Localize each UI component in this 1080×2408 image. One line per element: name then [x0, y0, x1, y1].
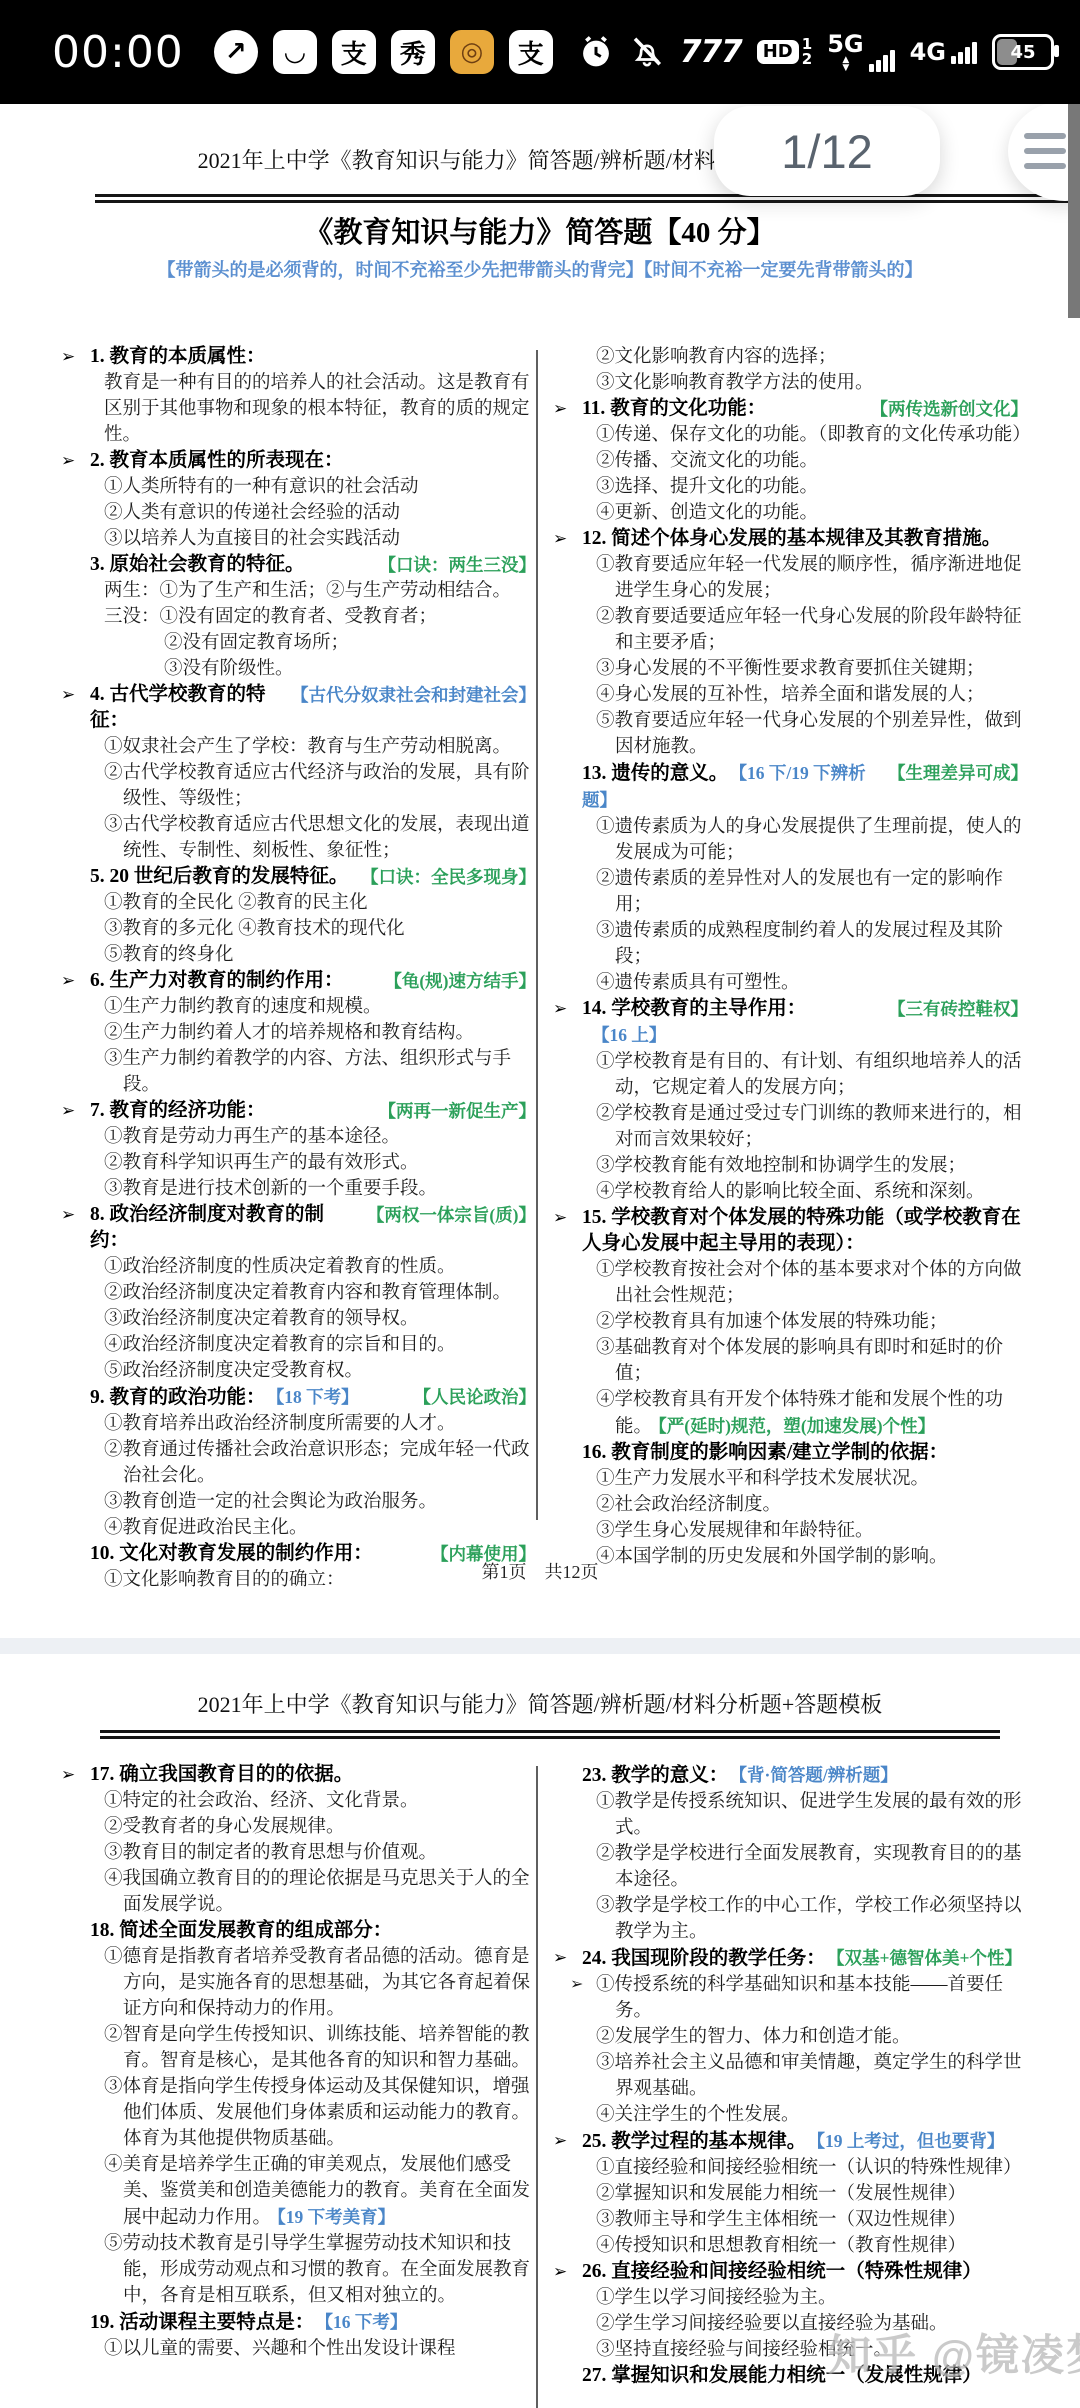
mnemonic-tag: 【两再一新促生产】: [379, 1098, 537, 1124]
item-number: 8.: [90, 1204, 110, 1225]
item-line: ②学校教育是通过受过专门训练的教师来进行的，相对而言效果较好；: [596, 1101, 1028, 1153]
item-line: ①学校教育是有目的、有计划、有组织地培养人的活动，它规定着人的发展方向；: [596, 1049, 1028, 1101]
item-heading: ➢2. 教育本质属性的所表现在：: [60, 448, 536, 474]
page-title: 《教育知识与能力》简答题【40 分】: [0, 210, 1080, 251]
item-number: 23.: [582, 1765, 611, 1786]
hamburger-icon: [1024, 133, 1066, 139]
item-line: ②社会政治经济制度。: [596, 1492, 1028, 1518]
arrow-icon: ➢: [61, 1098, 75, 1124]
item-line: ②智育是向学生传授知识、训练技能、培养智能的教育。智育是核心，是其他各育的知识和…: [104, 2022, 536, 2074]
mnemonic-tag: 【生理差异可成】: [888, 760, 1028, 786]
item-title: 生产力对教育的制约作用：: [110, 970, 344, 991]
screen: 00:00 ↗◡支秀◎支 777 HD 12 5G: [0, 0, 1080, 2408]
item-number: 5.: [90, 866, 110, 887]
arrow-icon: ➢: [553, 996, 567, 1022]
item-line: ③政治经济制度决定着教育的领导权。: [104, 1306, 536, 1332]
document-page-1: 2021年上中学《教育知识与能力》简答题/辨析题/材料分析题+答题模板 《教育知…: [0, 104, 1080, 1638]
item-line: ③教师主导和学生主体相统一（双边性规律）: [596, 2207, 1028, 2233]
status-indicators: 777 HD 12 5G ▲▼ 4G 45: [578, 32, 1080, 72]
alipay-app-icon: 支: [332, 30, 376, 74]
list-item: 【生理差异可成】13. 遗传的意义。【16 下/19 下辨析题】①遗传素质为人的…: [552, 760, 1028, 996]
item-line: ③遗传素质的成熟程度制约着人的发展过程及其阶段；: [596, 918, 1028, 970]
item-line: ③教育是进行技术创新的一个重要手段。: [104, 1176, 536, 1202]
item-number: 24.: [582, 1948, 611, 1969]
item-line: ①教育的全民化 ②教育的民主化: [104, 890, 536, 916]
item-line: ①德育是指教育者培养受教育者品德的活动。德育是方向，是实施各育的思想基础，为其它…: [104, 1944, 536, 2022]
item-title: 原始社会教育的特征。: [110, 554, 305, 575]
item-line: ③选择、提升文化的功能。: [596, 474, 1028, 500]
mnemonic-tag: 【两权一体宗旨(质)】: [367, 1202, 536, 1228]
arrow-icon: ➢: [553, 2259, 567, 2285]
arrow-icon: ➢: [553, 2128, 567, 2154]
item-line: ③教育目的制定者的教育思想与价值观。: [104, 1840, 536, 1866]
item-line: ②传播、交流文化的功能。: [596, 448, 1028, 474]
list-item: 16. 教育制度的影响因素/建立学制的依据：①生产力发展水平和科学技术发展状况。…: [552, 1440, 1028, 1570]
column-divider: [536, 350, 538, 1520]
item-number: 2.: [90, 450, 110, 471]
item-line: ④政治经济制度决定着教育的宗旨和目的。: [104, 1332, 536, 1358]
item-line: ④我国确立教育目的的理论依据是马克思关于人的全面发展学说。: [104, 1866, 536, 1918]
vpn-badge: 777: [680, 34, 742, 70]
item-title: 简述全面发展教育的组成部分：: [119, 1920, 392, 1941]
item-line: ①人类所特有的一种有意识的社会活动: [104, 474, 536, 500]
mute-bell-icon: [629, 34, 665, 70]
item-line: ①政治经济制度的性质决定着教育的性质。: [104, 1254, 536, 1280]
column-divider: [536, 1766, 538, 2408]
item-heading: 【口诀：全民多现身】5. 20 世纪后教育的发展特征。: [60, 864, 536, 890]
item-line: ③教育的多元化 ④教育技术的现代化: [104, 916, 536, 942]
item-heading: ➢25. 教学过程的基本规律。【19 上考过，但也要背】: [552, 2128, 1028, 2155]
item-heading: 19. 活动课程主要特点是：【16 下考】: [60, 2309, 536, 2336]
item-number: 19.: [90, 2312, 119, 2333]
item-heading: 16. 教育制度的影响因素/建立学制的依据：: [552, 1440, 1028, 1466]
arrow-icon: ➢: [553, 396, 567, 422]
item-number: 6.: [90, 970, 110, 991]
list-item: 【口诀：全民多现身】5. 20 世纪后教育的发展特征。①教育的全民化 ②教育的民…: [60, 864, 536, 968]
item-line: ②教育科学知识再生产的最有效形式。: [104, 1150, 536, 1176]
item-number: 15.: [582, 1207, 611, 1228]
item-line: ➢①传授系统的科学基础知识和基本技能——首要任务。: [596, 1972, 1028, 2024]
item-title: 20 世纪后教育的发展特征。: [110, 866, 349, 887]
sim-slots: 12: [802, 37, 812, 67]
item-line: ⑤劳动技术教育是引导学生掌握劳动技术知识和技能，形成劳动观点和习惯的教育。在全面…: [104, 2231, 536, 2309]
item-line: ③学生身心发展规律和年龄特征。: [596, 1518, 1028, 1544]
item-line: ①教育是劳动力再生产的基本途径。: [104, 1124, 536, 1150]
list-item: ➢【两权一体宗旨(质)】8. 政治经济制度对教育的制约：①政治经济制度的性质决定…: [60, 1202, 536, 1384]
item-line: ④学校教育给人的影响比较全面、系统和深刻。: [596, 1179, 1028, 1205]
item-title: 教学过程的基本规律。: [611, 2131, 806, 2152]
list-item: ➢15. 学校教育对个体发展的特殊功能（或学校教育在人身心发展中起主导用的表现）…: [552, 1205, 1028, 1440]
item-line: ①生产力制约教育的速度和规模。: [104, 994, 536, 1020]
item-title: 直接经验和间接经验相统一（特殊性规律）: [611, 2261, 982, 2282]
arrow-icon: ➢: [570, 1972, 583, 1998]
item-line: ②生产力制约着人才的培养规格和教育结构。: [104, 1020, 536, 1046]
mnemonic-tag: 【16 上】: [592, 1025, 666, 1045]
mnemonic-tag: 【龟(规)速方结手】: [384, 968, 536, 994]
item-line: ②遗传素质的差异性对人的发展也有一定的影响作用；: [596, 866, 1028, 918]
item-title: 学校教育对个体发展的特殊功能（或学校教育在人身心发展中起主导用的表现）：: [582, 1207, 1021, 1254]
mnemonic-tag: 【背·简答题/辨析题】: [738, 1765, 897, 1785]
alipay-mini-app-icon: 支: [509, 30, 553, 74]
list-item: 19. 活动课程主要特点是：【16 下考】①以儿童的需要、兴趣和个性出发设计课程: [60, 2309, 536, 2362]
item-line: 两生：①为了生产和生活；②与生产劳动相结合。: [104, 578, 536, 604]
xiuxiu-app-icon: 秀: [391, 30, 435, 74]
document-page-2: 2021年上中学《教育知识与能力》简答题/辨析题/材料分析题+答题模板 ➢17.…: [0, 1654, 1080, 2408]
item-title: 教育制度的影响因素/建立学制的依据：: [611, 1442, 948, 1463]
mnemonic-tag: 【19 下考美育】: [277, 2207, 395, 2227]
item-heading: ➢【三有砖控鞋权】14. 学校教育的主导作用：【16 上】: [552, 996, 1028, 1049]
item-line: ⑤教育要适应年轻一代身心发展的个别差异性，做到因材施教。: [596, 708, 1028, 760]
item-line: ②古代学校教育适应古代经济与政治的发展，具有阶级性、等级性；: [104, 760, 536, 812]
mnemonic-tag: 【口诀：全民多现身】: [361, 864, 536, 890]
item-number: 4.: [90, 684, 110, 705]
item-heading: 【口诀：两生三没】3. 原始社会教育的特征。: [60, 552, 536, 578]
item-line: ③没有阶级性。: [164, 656, 536, 682]
item-line: ③教学是学校工作的中心工作，学校工作必须坚持以教学为主。: [596, 1893, 1028, 1945]
item-heading: ➢【两再一新促生产】7. 教育的经济功能：: [60, 1098, 536, 1124]
mnemonic-tag: 【严(延时)规范，塑(加速发展)个性】: [658, 1416, 935, 1436]
left-column: ➢1. 教育的本质属性：教育是一种有目的的培养人的社会活动。这是教育有区别于其他…: [60, 344, 536, 1593]
arrow-icon: ➢: [61, 682, 75, 708]
list-item: ➢25. 教学过程的基本规律。【19 上考过，但也要背】①直接经验和间接经验相统…: [552, 2128, 1028, 2259]
list-item: 23. 教学的意义：【背·简答题/辨析题】①教学是传授系统知识、促进学生发展的最…: [552, 1762, 1028, 1945]
item-line: ②文化影响教育内容的选择；: [596, 344, 1028, 370]
item-line: ③以培养人为直接目的社会实践活动: [104, 526, 536, 552]
clock-text: 00:00: [52, 27, 184, 78]
item-heading: ➢【古代分奴隶社会和封建社会】4. 古代学校教育的特征：: [60, 682, 536, 734]
item-line: ①传递、保存文化的功能。（即教育的文化传承功能）: [596, 422, 1028, 448]
list-item: ➢1. 教育的本质属性：教育是一种有目的的培养人的社会活动。这是教育有区别于其他…: [60, 344, 536, 448]
item-line: 教育是一种有目的的培养人的社会活动。这是教育有区别于其他事物和现象的根本特征，教…: [104, 370, 536, 448]
item-line: ①以儿童的需要、兴趣和个性出发设计课程: [104, 2336, 536, 2362]
header-rule: [95, 194, 1080, 203]
page-separator: [0, 1638, 1080, 1654]
item-line: ④更新、创造文化的功能。: [596, 500, 1028, 526]
item-number: 3.: [90, 554, 110, 575]
item-line: ①教育培养出政治经济制度所需要的人才。: [104, 1411, 536, 1437]
item-line: ③体育是指向学生传授身体运动及其保健知识，增强他们体质、发展他们身体素质和运动能…: [104, 2074, 536, 2152]
item-line: ④美育是培养学生正确的审美观点，发展他们感受美、鉴赏美和创造美德能力的教育。美育…: [104, 2152, 536, 2231]
item-number: 7.: [90, 1100, 110, 1121]
item-number: 11.: [582, 398, 610, 419]
item-title: 教学的意义：: [611, 1765, 728, 1786]
status-bar: 00:00 ↗◡支秀◎支 777 HD 12 5G: [0, 0, 1080, 104]
item-heading: ➢【两传选新创文化】11. 教育的文化功能：: [552, 396, 1028, 422]
item-line: ⑤教育的终身化: [104, 942, 536, 968]
item-line: ②教育通过传播社会政治意识形态；完成年轻一代政治社会化。: [104, 1437, 536, 1489]
item-line: ④身心发展的互补性，培养全面和谐发展的人；: [596, 682, 1028, 708]
item-line: ①教育要适应年轻一代发展的顺序性，循序渐进地促进学生身心的发展；: [596, 552, 1028, 604]
item-heading: ➢1. 教育的本质属性：: [60, 344, 536, 370]
item-title: 确立我国教育目的的依据。: [119, 1764, 353, 1785]
item-line: ②发展学生的智力、体力和创造才能。: [596, 2024, 1028, 2050]
item-line: ④教育促进政治民主化。: [104, 1515, 536, 1541]
list-item: ➢【龟(规)速方结手】6. 生产力对教育的制约作用：①生产力制约教育的速度和规模…: [60, 968, 536, 1098]
item-heading: ➢【两权一体宗旨(质)】8. 政治经济制度对教育的制约：: [60, 1202, 536, 1254]
arrow-icon: ➢: [61, 968, 75, 994]
item-line: ③培养社会主义品德和审美情趣，奠定学生的科学世界观基础。: [596, 2050, 1028, 2102]
item-heading: ➢15. 学校教育对个体发展的特殊功能（或学校教育在人身心发展中起主导用的表现）…: [552, 1205, 1028, 1257]
mnemonic-tag: 【两传选新创文化】: [871, 396, 1029, 422]
arrow-icon: ➢: [61, 344, 75, 370]
item-line: ①学生以学习间接经验为主。: [596, 2285, 1028, 2311]
item-title: 活动课程主要特点是：: [119, 2312, 314, 2333]
mnemonic-tag: 【16 下考】: [324, 2312, 407, 2332]
item-line: ③基础教育对个体发展的影响具有即时和延时的价值；: [596, 1335, 1028, 1387]
item-title: 教育的本质属性：: [110, 346, 266, 367]
item-title: 遗传的意义。: [611, 763, 728, 784]
item-line: ③文化影响教育教学方法的使用。: [596, 370, 1028, 396]
list-item: 【人民论政治】9. 教育的政治功能：【18 下考】①教育培养出政治经济制度所需要…: [60, 1384, 536, 1541]
item-number: 18.: [90, 1920, 119, 1941]
arrow-icon: ➢: [553, 1205, 567, 1231]
item-line: ③教育创造一定的社会舆论为政治服务。: [104, 1489, 536, 1515]
list-item: ➢【两再一新促生产】7. 教育的经济功能：①教育是劳动力再生产的基本途径。②教育…: [60, 1098, 536, 1202]
item-number: 17.: [90, 1764, 119, 1785]
right-column: 23. 教学的意义：【背·简答题/辨析题】①教学是传授系统知识、促进学生发展的最…: [552, 1762, 1028, 2389]
item-number: 16.: [582, 1442, 611, 1463]
item-number: 25.: [582, 2131, 611, 2152]
item-heading: ➢17. 确立我国教育目的的依据。: [60, 1762, 536, 1788]
scrollbar-thumb[interactable]: [1068, 104, 1080, 318]
right-column: ②文化影响教育内容的选择；③文化影响教育教学方法的使用。➢【两传选新创文化】11…: [552, 344, 1028, 1570]
item-heading: 【生理差异可成】13. 遗传的意义。【16 下/19 下辨析题】: [552, 760, 1028, 814]
list-item: ➢【三有砖控鞋权】14. 学校教育的主导作用：【16 上】①学校教育是有目的、有…: [552, 996, 1028, 1205]
item-line: ④关注学生的个性发展。: [596, 2102, 1028, 2128]
signal-4g-icon: 4G: [910, 40, 977, 64]
item-line: ④学校教育具有开发个体特殊才能和发展个性的功能。【严(延时)规范，塑(加速发展)…: [596, 1387, 1028, 1440]
item-title: 教育的文化功能：: [610, 398, 766, 419]
coin-app-icon: ◎: [450, 30, 494, 74]
item-line: ②教育要适要适应年轻一代身心发展的阶段年龄特征和主要矛盾；: [596, 604, 1028, 656]
item-line: ②教学是学校进行全面发展教育，实现教育目的的基本途径。: [596, 1841, 1028, 1893]
list-item: ➢2. 教育本质属性的所表现在：①人类所特有的一种有意识的社会活动②人类有意识的…: [60, 448, 536, 552]
item-heading: ➢26. 直接经验和间接经验相统一（特殊性规律）: [552, 2259, 1028, 2285]
page-indicator: 1/12: [714, 106, 940, 196]
arrow-icon: ➢: [61, 1762, 75, 1788]
list-item: ➢【古代分奴隶社会和封建社会】4. 古代学校教育的特征：①奴隶社会产生了学校：教…: [60, 682, 536, 864]
smile-app-icon: ◡: [273, 30, 317, 74]
item-number: 12.: [582, 528, 611, 549]
item-title: 政治经济制度对教育的制约：: [90, 1204, 324, 1251]
mnemonic-tag: 【18 下考】: [276, 1387, 359, 1407]
list-item: ➢12. 简述个体身心发展的基本规律及其教育措施。①教育要适应年轻一代发展的顺序…: [552, 526, 1028, 760]
item-number: 14.: [582, 998, 611, 1019]
item-line: ①教学是传授系统知识、促进学生发展的最有效的形式。: [596, 1789, 1028, 1841]
item-number: 9.: [90, 1387, 110, 1408]
signal-5g-icon: 5G ▲▼: [827, 32, 894, 72]
arrow-icon: ➢: [553, 526, 567, 552]
item-line: ①特定的社会政治、经济、文化背景。: [104, 1788, 536, 1814]
battery-indicator: 45: [992, 34, 1054, 70]
item-number: 27.: [582, 2365, 611, 2386]
list-item: ②文化影响教育内容的选择；③文化影响教育教学方法的使用。: [552, 344, 1028, 396]
item-heading: ➢24. 我国现阶段的教学任务：【双基+德智体美+个性】: [552, 1945, 1028, 1972]
item-title: 教育的经济功能：: [110, 1100, 266, 1121]
list-item: 18. 简述全面发展教育的组成部分：①德育是指教育者培养受教育者品德的活动。德育…: [60, 1918, 536, 2309]
compass-app-icon: ↗: [214, 30, 258, 74]
left-column: ➢17. 确立我国教育目的的依据。①特定的社会政治、经济、文化背景。②受教育者的…: [60, 1762, 536, 2362]
item-number: 26.: [582, 2261, 611, 2282]
item-line: ③身心发展的不平衡性要求教育要抓住关键期；: [596, 656, 1028, 682]
arrow-icon: ➢: [553, 1945, 567, 1971]
item-heading: 18. 简述全面发展教育的组成部分：: [60, 1918, 536, 1944]
item-line: 三没：①没有固定的教育者、受教育者；: [104, 604, 536, 630]
item-heading: 【人民论政治】9. 教育的政治功能：【18 下考】: [60, 1384, 536, 1411]
mnemonic-tag: 【双基+德智体美+个性】: [836, 1948, 1022, 1968]
item-line: ④遗传素质具有可塑性。: [596, 970, 1028, 996]
mnemonic-tag: 【19 上考过，但也要背】: [816, 2131, 1004, 2151]
alarm-icon: [578, 34, 614, 70]
notification-icons: ↗◡支秀◎支: [214, 30, 553, 74]
item-title: 古代学校教育的特征：: [90, 684, 266, 731]
list-item: ➢24. 我国现阶段的教学任务：【双基+德智体美+个性】➢①传授系统的科学基础知…: [552, 1945, 1028, 2128]
arrow-icon: ➢: [61, 448, 75, 474]
item-line: ②人类有意识的传递社会经验的活动: [104, 500, 536, 526]
item-line: ③古代学校教育适应古代思想文化的发展，表现出道统性、专制性、刻板性、象征性；: [104, 812, 536, 864]
item-line: ④传授知识和思想教育相统一（教育性规律）: [596, 2233, 1028, 2259]
item-line: ③生产力制约着教学的内容、方法、组织形式与手段。: [104, 1046, 536, 1098]
item-line: ②政治经济制度决定着教育内容和教育管理体制。: [104, 1280, 536, 1306]
item-title: 简述个体身心发展的基本规律及其教育措施。: [611, 528, 1001, 549]
list-item: 【口诀：两生三没】3. 原始社会教育的特征。两生：①为了生产和生活；②与生产劳动…: [60, 552, 536, 682]
item-line: ①奴隶社会产生了学校：教育与生产劳动相脱离。: [104, 734, 536, 760]
item-line: ②受教育者的身心发展规律。: [104, 1814, 536, 1840]
hd-voice-badge: HD 12: [757, 37, 812, 67]
item-number: 1.: [90, 346, 110, 367]
list-item: ➢【两传选新创文化】11. 教育的文化功能：①传递、保存文化的功能。（即教育的文…: [552, 396, 1028, 526]
item-heading: 23. 教学的意义：【背·简答题/辨析题】: [552, 1762, 1028, 1789]
item-title: 学校教育的主导作用：: [611, 998, 806, 1019]
study-note: 【带箭头的是必须背的，时间不充裕至少先把带箭头的背完】【时间不充裕一定要先背带箭…: [0, 256, 1080, 282]
watermark: 知乎 @镜凌梦: [828, 2322, 1080, 2383]
item-line: ⑤政治经济制度决定受教育权。: [104, 1358, 536, 1384]
mnemonic-tag: 【古代分奴隶社会和封建社会】: [291, 682, 536, 708]
page-footer: 第1页 共12页: [0, 1558, 1080, 1584]
item-line: ①生产力发展水平和科学技术发展状况。: [596, 1466, 1028, 1492]
item-line: ②学校教育具有加速个体发展的特殊功能；: [596, 1309, 1028, 1335]
mnemonic-tag: 【人民论政治】: [414, 1384, 537, 1410]
item-title: 教育本质属性的所表现在：: [110, 450, 344, 471]
header-rule: [100, 1730, 1000, 1739]
item-number: 13.: [582, 763, 611, 784]
list-item: ➢17. 确立我国教育目的的依据。①特定的社会政治、经济、文化背景。②受教育者的…: [60, 1762, 536, 1918]
item-title: 我国现阶段的教学任务：: [611, 1948, 826, 1969]
item-line: ①学校教育按社会对个体的基本要求对个体的方向做出社会性规范；: [596, 1257, 1028, 1309]
mnemonic-tag: 【三有砖控鞋权】: [888, 996, 1028, 1022]
arrow-icon: ➢: [61, 1202, 75, 1228]
item-title: 教育的政治功能：: [110, 1387, 266, 1408]
item-heading: ➢【龟(规)速方结手】6. 生产力对教育的制约作用：: [60, 968, 536, 994]
item-line: ①直接经验和间接经验相统一（认识的特殊性规律）: [596, 2155, 1028, 2181]
document-header: 2021年上中学《教育知识与能力》简答题/辨析题/材料分析题+答题模板: [0, 1688, 1080, 1719]
item-heading: ➢12. 简述个体身心发展的基本规律及其教育措施。: [552, 526, 1028, 552]
item-line: ②掌握知识和发展能力相统一（发展性规律）: [596, 2181, 1028, 2207]
item-line: ②没有固定教育场所；: [164, 630, 536, 656]
item-line: ①遗传素质为人的身心发展提供了生理前提，使人的发展成为可能；: [596, 814, 1028, 866]
item-line: ③学校教育能有效地控制和协调学生的发展；: [596, 1153, 1028, 1179]
mnemonic-tag: 【口诀：两生三没】: [379, 552, 537, 578]
